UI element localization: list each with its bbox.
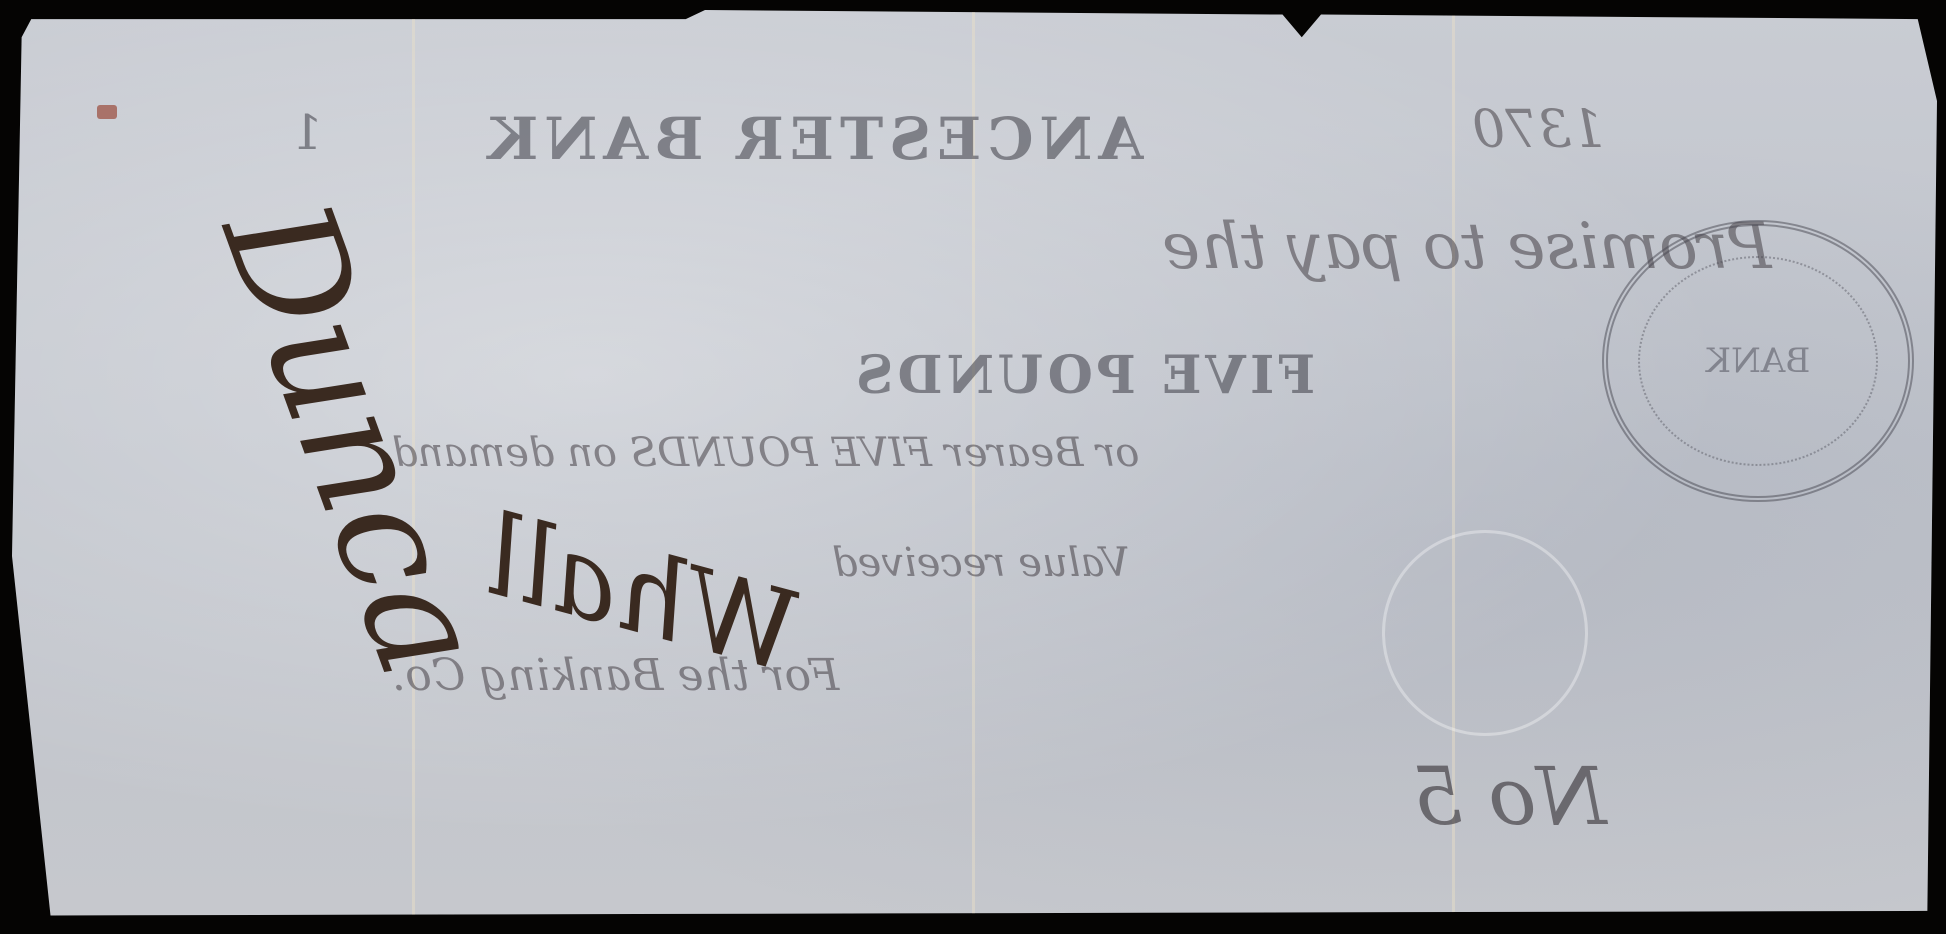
seal-text: BANK xyxy=(1638,256,1878,466)
bank-seal: BANK xyxy=(1602,220,1914,502)
show-through-denomination: FIVE POUNDS xyxy=(852,345,1315,406)
corner-number: 1 xyxy=(292,105,323,161)
embossed-stamp xyxy=(1382,530,1588,736)
red-stain xyxy=(97,105,117,119)
serial-number: 1370 xyxy=(1472,100,1604,160)
ink-mark-lower-right: No 5 xyxy=(1412,750,1607,843)
show-through-line: or Bearer FIVE POUNDS on demand xyxy=(392,430,1139,476)
show-through-title: ANCESTER BANK xyxy=(482,105,1143,173)
show-through-line: Value received xyxy=(832,540,1130,586)
banknote: ANCESTER BANK FIVE POUNDS Promise to pay… xyxy=(12,10,1937,920)
